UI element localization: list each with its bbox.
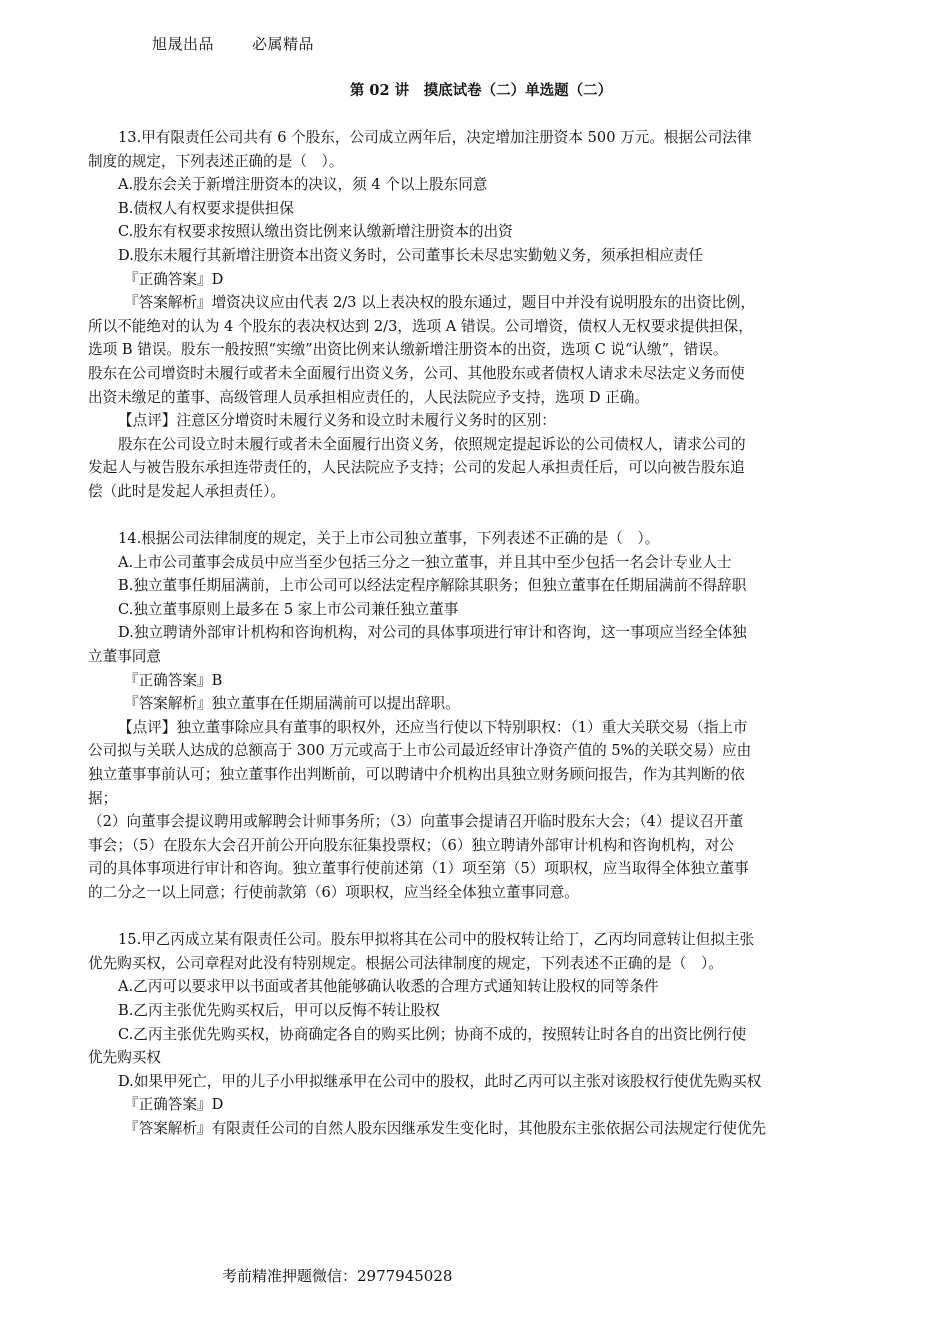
answer-analysis: 出资未缴足的董事、高级管理人员承担相应责任的，人民法院应予支持，选项 D 正确。	[88, 386, 868, 410]
comment: 据；	[88, 787, 868, 811]
brand-right: 必属精品	[252, 35, 314, 53]
option-d: D.股东未履行其新增注册资本出资义务时，公司董事长未尽忠实勤勉义务，须承担相应责…	[88, 244, 868, 268]
comment: 股东在公司设立时未履行或者未全面履行出资义务，依照规定提起诉讼的公司债权人，请求…	[88, 433, 868, 457]
question-15: 15.甲乙丙成立某有限责任公司。股东甲拟将其在公司中的股权转让给丁，乙丙均同意转…	[88, 928, 868, 1140]
question-stem: 优先购买权，公司章程对此没有特别规定。根据公司法律制度的规定，下列表述不正确的是…	[88, 952, 868, 976]
comment: 事会；（5）在股东大会召开前公开向股东征集投票权；（6）独立聘请外部审计机构和咨…	[88, 834, 868, 858]
option-b: B.乙丙主张优先购买权后，甲可以反悔不转让股权	[88, 999, 868, 1023]
option-d: D.如果甲死亡，甲的儿子小甲拟继承甲在公司中的股权，此时乙丙可以主张对该股权行使…	[88, 1070, 868, 1094]
question-stem: 13.甲有限责任公司共有 6 个股东，公司成立两年后，决定增加注册资本 500 …	[88, 126, 868, 150]
option-d: 立董事同意	[88, 645, 868, 669]
document-body: 13.甲有限责任公司共有 6 个股东，公司成立两年后，决定增加注册资本 500 …	[88, 126, 868, 1141]
option-c: C.独立董事原则上最多在 5 家上市公司兼任独立董事	[88, 598, 868, 622]
answer-analysis: 『答案解析』增资决议应由代表 2/3 以上表决权的股东通过，题目中并没有说明股东…	[88, 291, 868, 315]
page-title: 第 02 讲 摸底试卷（二）单选题（二）	[0, 79, 950, 100]
question-stem: 制度的规定，下列表述正确的是（ ）。	[88, 150, 868, 174]
correct-answer: 『正确答案』B	[88, 669, 868, 693]
question-13: 13.甲有限责任公司共有 6 个股东，公司成立两年后，决定增加注册资本 500 …	[88, 126, 868, 504]
comment: 司的具体事项进行审计和咨询。独立董事行使前述第（1）项至第（5）项职权，应当取得…	[88, 857, 868, 881]
comment: 独立董事事前认可；独立董事作出判断前，可以聘请中介机构出具独立财务顾问报告，作为…	[88, 763, 868, 787]
answer-analysis: 选项 B 错误。股东一般按照“实缴”出资比例来认缴新增注册资本的出资，选项 C …	[88, 338, 868, 362]
question-stem: 15.甲乙丙成立某有限责任公司。股东甲拟将其在公司中的股权转让给丁，乙丙均同意转…	[88, 928, 868, 952]
comment: 【点评】注意区分增资时未履行义务和设立时未履行义务时的区别：	[88, 409, 868, 433]
option-c: C.乙丙主张优先购买权，协商确定各自的购买比例；协商不成的，按照转让时各自的出资…	[88, 1023, 868, 1047]
option-c: C.股东有权要求按照认缴出资比例来认缴新增注册资本的出资	[88, 220, 868, 244]
option-b: B.独立董事任期届满前，上市公司可以经法定程序解除其职务；但独立董事在任期届满前…	[88, 574, 868, 598]
option-a: A.上市公司董事会成员中应当至少包括三分之一独立董事，并且其中至少包括一名会计专…	[88, 551, 868, 575]
option-c: 优先购买权	[88, 1046, 868, 1070]
comment: 公司拟与关联人达成的总额高于 300 万元或高于上市公司最近经审计净资产值的 5…	[88, 739, 868, 763]
correct-answer: 『正确答案』D	[88, 1093, 868, 1117]
option-b: B.债权人有权要求提供担保	[88, 197, 868, 221]
page-header: 旭晟出品必属精品	[152, 33, 314, 54]
answer-analysis: 股东在公司增资时未履行或者未全面履行出资义务，公司、其他股东或者债权人请求未尽法…	[88, 362, 868, 386]
option-a: A.股东会关于新增注册资本的决议，须 4 个以上股东同意	[88, 173, 868, 197]
answer-analysis: 『答案解析』有限责任公司的自然人股东因继承发生变化时，其他股东主张依据公司法规定…	[88, 1117, 868, 1141]
option-d: D.独立聘请外部审计机构和咨询机构，对公司的具体事项进行审计和咨询，这一事项应当…	[88, 621, 868, 645]
option-a: A.乙丙可以要求甲以书面或者其他能够确认收悉的合理方式通知转让股权的同等条件	[88, 975, 868, 999]
brand-left: 旭晟出品	[152, 35, 214, 53]
answer-analysis: 『答案解析』独立董事在任期届满前可以提出辞职。	[88, 692, 868, 716]
question-stem: 14.根据公司法律制度的规定，关于上市公司独立董事，下列表述不正确的是（ ）。	[88, 527, 868, 551]
comment: 【点评】独立董事除应具有董事的职权外，还应当行使以下特别职权：（1）重大关联交易…	[88, 716, 868, 740]
page-footer: 考前精准押题微信：2977945028	[222, 1265, 452, 1286]
answer-analysis: 所以不能绝对的认为 4 个股东的表决权达到 2/3，选项 A 错误。公司增资，债…	[88, 315, 868, 339]
comment: 发起人与被告股东承担连带责任的，人民法院应予支持；公司的发起人承担责任后，可以向…	[88, 456, 868, 480]
correct-answer: 『正确答案』D	[88, 268, 868, 292]
comment: （2）向董事会提议聘用或解聘会计师事务所；（3）向董事会提请召开临时股东大会；（…	[88, 810, 868, 834]
comment: 的二分之一以上同意；行使前款第（6）项职权，应当经全体独立董事同意。	[88, 881, 868, 905]
question-14: 14.根据公司法律制度的规定，关于上市公司独立董事，下列表述不正确的是（ ）。 …	[88, 527, 868, 905]
comment: 偿（此时是发起人承担责任）。	[88, 480, 868, 504]
